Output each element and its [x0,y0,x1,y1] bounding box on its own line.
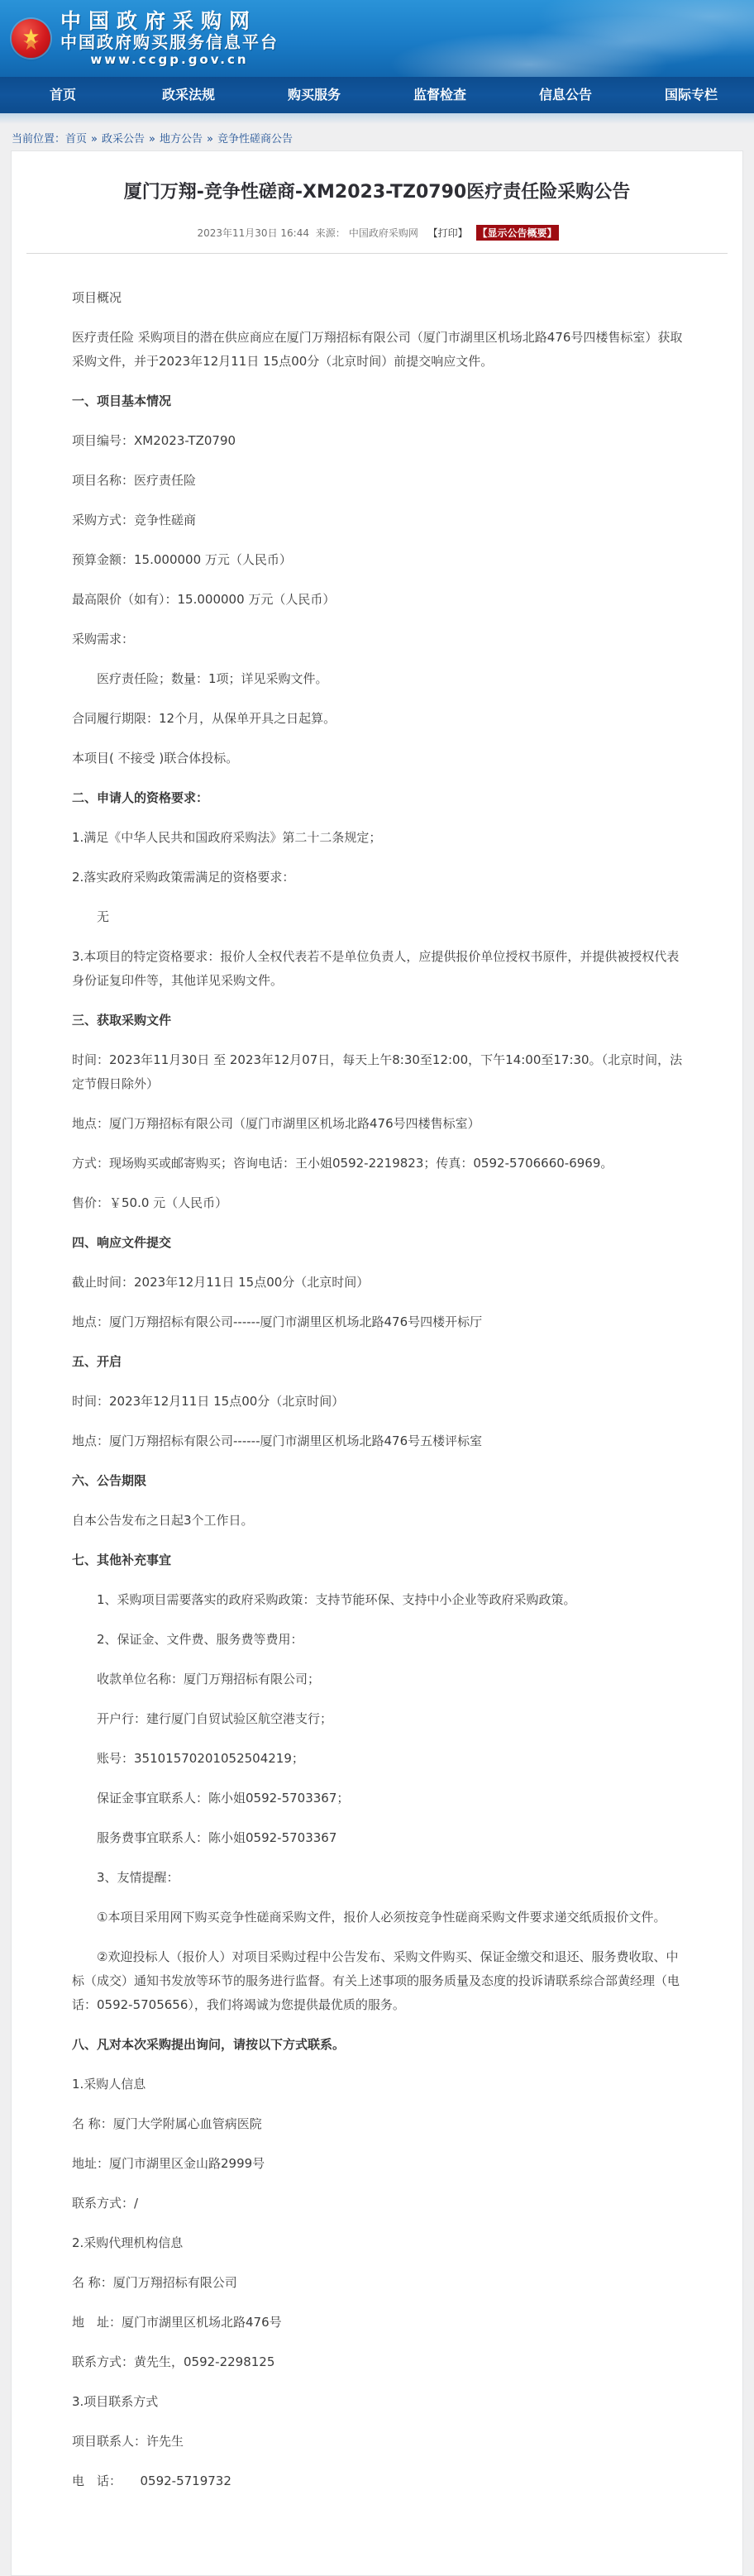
site-subtitle: 中国政府购买服务信息平台 [60,32,279,52]
article-paragraph: 项目名称：医疗责任险 [72,469,686,493]
article-section-heading: 五、开启 [72,1350,686,1374]
article-paragraph: 预算金额：15.000000 万元（人民币） [72,548,686,572]
article-paragraph: 采购方式：竞争性磋商 [72,508,686,532]
article-paragraph: ②欢迎投标人（报价人）对项目采购过程中公告发布、采购文件购买、保证金缴交和退还、… [72,1945,686,2017]
article-content: 项目概况医疗责任险 采购项目的潜在供应商应在厦门万翔招标有限公司（厦门市湖里区机… [12,254,742,2493]
article-paragraph: 地点：厦门万翔招标有限公司------厦门市湖里区机场北路476号四楼开标厅 [72,1310,686,1334]
article-meta: 2023年11月30日 16:44 来源：中国政府采购网 【打印】 【显示公告概… [12,225,742,241]
emblem-star-icon: ★ [22,26,41,46]
article-paragraph: 2.落实政府采购政策需满足的资格要求： [72,866,686,890]
article-paragraph: 地 址：厦门市湖里区机场北路476号 [72,2311,686,2335]
article-paragraph: 项目编号：XM2023-TZ0790 [72,429,686,453]
article-paragraph: 名 称：厦门万翔招标有限公司 [72,2271,686,2295]
breadcrumb-label: 当前位置： [12,133,65,145]
nav-item-5[interactable]: 国际专栏 [628,77,754,113]
article-section-heading: 七、其他补充事宜 [72,1548,686,1572]
breadcrumb-separator: » [207,133,213,145]
article-paragraph: 时间：2023年12月11日 15点00分（北京时间） [72,1390,686,1414]
article-paragraph: 方式：现场购买或邮寄购买；咨询电话：王小姐0592-2219823；传真：059… [72,1152,686,1176]
article-paragraph: 3、友情提醒： [72,1866,686,1890]
show-summary-button[interactable]: 【显示公告概要】 [476,225,559,241]
nav-item-0[interactable]: 首页 [0,77,126,113]
print-button[interactable]: 【打印】 [428,227,468,239]
article-paragraph: 自本公告发布之日起3个工作日。 [72,1509,686,1533]
article-paragraph: 联系方式：/ [72,2192,686,2216]
nav-item-1[interactable]: 政采法规 [126,77,251,113]
article-paragraph: 联系方式：黄先生，0592-2298125 [72,2350,686,2374]
site-title: 中国政府采购网 [60,10,279,33]
breadcrumb-separator: » [149,133,155,145]
breadcrumb-link-3[interactable]: 竞争性磋商公告 [217,133,293,145]
article-paragraph: 开户行：建行厦门自贸试验区航空港支行； [72,1707,686,1731]
article-paragraph: 合同履行期限：12个月，从保单开具之日起算。 [72,707,686,731]
article-section-heading: 四、响应文件提交 [72,1231,686,1255]
article-paragraph: 名 称：厦门大学附属心血管病医院 [72,2112,686,2136]
national-emblem-logo: ★ [12,19,50,58]
source-label: 来源： [316,227,346,239]
article-paragraph: ①本项目采用网下购买竞争性磋商采购文件，报价人必须按竞争性磋商采购文件要求递交纸… [72,1906,686,1930]
site-logo-text: 中国政府采购网 中国政府购买服务信息平台 www.ccgp.gov.cn [60,10,279,68]
article-paragraph: 电 话： 0592-5719732 [72,2469,686,2493]
breadcrumb-link-1[interactable]: 政采公告 [102,133,145,145]
breadcrumb-link-0[interactable]: 首页 [65,133,87,145]
announcement-card: 厦门万翔-竞争性磋商-XM2023-TZ0790医疗责任险采购公告 2023年1… [11,150,743,2576]
breadcrumb: 当前位置：首页»政采公告»地方公告»竞争性磋商公告 [0,124,754,150]
article-paragraph: 采购需求： [72,627,686,651]
article-paragraph: 项目联系人：许先生 [72,2430,686,2454]
article-section-heading: 三、获取采购文件 [72,1009,686,1033]
article-section-heading: 二、申请人的资格要求： [72,786,686,810]
page-title: 厦门万翔-竞争性磋商-XM2023-TZ0790医疗责任险采购公告 [53,181,701,205]
article-section-heading: 一、项目基本情况 [72,389,686,413]
article-paragraph: 3.项目联系方式 [72,2390,686,2414]
site-header: ★ 中国政府采购网 中国政府购买服务信息平台 www.ccgp.gov.cn [0,0,754,77]
article-paragraph: 1.采购人信息 [72,2073,686,2097]
article-paragraph: 最高限价（如有）：15.000000 万元（人民币） [72,588,686,612]
article-paragraph: 账号：35101570201052504219； [72,1747,686,1771]
main-nav: 首页政采法规购买服务监督检查信息公告国际专栏 [0,77,754,113]
site-url: www.ccgp.gov.cn [60,52,279,67]
article-paragraph: 保证金事宜联系人：陈小姐0592-5703367； [72,1787,686,1810]
article-paragraph: 地点：厦门万翔招标有限公司（厦门市湖里区机场北路476号四楼售标室） [72,1112,686,1136]
article-paragraph: 医疗责任险 采购项目的潜在供应商应在厦门万翔招标有限公司（厦门市湖里区机场北路4… [72,326,686,374]
article-paragraph: 地址：厦门市湖里区金山路2999号 [72,2152,686,2176]
article-section-heading: 八、凡对本次采购提出询问，请按以下方式联系。 [72,2033,686,2057]
nav-fade-strip [0,113,754,124]
nav-item-2[interactable]: 购买服务 [251,77,377,113]
article-paragraph: 售价：￥50.0 元（人民币） [72,1191,686,1215]
publish-datetime: 2023年11月30日 16:44 [197,227,308,239]
article-paragraph: 截止时间：2023年12月11日 15点00分（北京时间） [72,1271,686,1295]
breadcrumb-link-2[interactable]: 地方公告 [160,133,203,145]
article-paragraph: 服务费事宜联系人：陈小姐0592-5703367 [72,1826,686,1850]
article-paragraph: 1.满足《中华人民共和国政府采购法》第二十二条规定； [72,826,686,850]
article-paragraph: 3.本项目的特定资格要求：报价人全权代表若不是单位负责人，应提供报价单位授权书原… [72,945,686,993]
nav-item-3[interactable]: 监督检查 [377,77,503,113]
article-paragraph: 2.采购代理机构信息 [72,2231,686,2255]
article-paragraph: 项目概况 [72,286,686,310]
article-paragraph: 本项目( 不接受 )联合体投标。 [72,747,686,770]
article-paragraph: 收款单位名称：厦门万翔招标有限公司； [72,1667,686,1691]
article-paragraph: 医疗责任险；数量：1项；详见采购文件。 [72,667,686,691]
article-paragraph: 2、保证金、文件费、服务费等费用： [72,1628,686,1652]
article-paragraph: 1、采购项目需要落实的政府采购政策：支持节能环保、支持中小企业等政府采购政策。 [72,1588,686,1612]
nav-item-4[interactable]: 信息公告 [503,77,628,113]
article-paragraph: 地点：厦门万翔招标有限公司------厦门市湖里区机场北路476号五楼评标室 [72,1429,686,1453]
article-section-heading: 六、公告期限 [72,1469,686,1493]
source-name: 中国政府采购网 [349,227,418,239]
article-paragraph: 时间：2023年11月30日 至 2023年12月07日，每天上午8:30至12… [72,1048,686,1096]
breadcrumb-separator: » [91,133,98,145]
article-paragraph: 无 [72,905,686,929]
